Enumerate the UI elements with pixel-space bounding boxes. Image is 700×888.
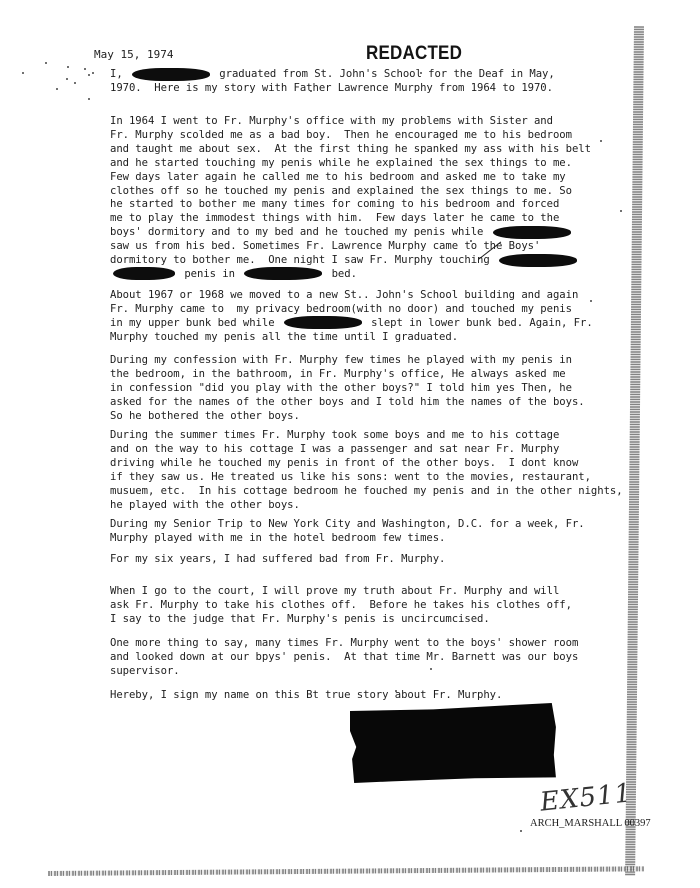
scanned-document-page: May 15, 1974 REDACTED I, graduated from … bbox=[0, 0, 700, 888]
scan-edge-right bbox=[625, 26, 644, 876]
document-line: Hereby, I sign my name on this Bt true s… bbox=[110, 688, 502, 702]
document-line: penis in bed. bbox=[110, 267, 357, 281]
document-line: boys' dormitory and to my bed and he tou… bbox=[110, 225, 574, 239]
document-line: he started to bother me many times for c… bbox=[110, 197, 559, 211]
document-line: About 1967 or 1968 we moved to a new St.… bbox=[110, 288, 578, 302]
scan-speck bbox=[470, 240, 472, 242]
scan-speck bbox=[88, 98, 90, 100]
scan-speck bbox=[84, 68, 86, 70]
document-line: saw us from his bed. Sometimes Fr. Lawre… bbox=[110, 239, 540, 253]
scan-speck bbox=[56, 88, 58, 90]
document-line: 1970. Here is my story with Father Lawre… bbox=[110, 81, 553, 95]
document-line: I say to the judge that Fr. Murphy's pen… bbox=[110, 612, 490, 626]
document-line: me to play the immodest things with him.… bbox=[110, 211, 559, 225]
document-line: One more thing to say, many times Fr. Mu… bbox=[110, 636, 578, 650]
scan-speck bbox=[92, 72, 94, 74]
document-line: supervisor. bbox=[110, 664, 180, 678]
scan-speck bbox=[66, 78, 68, 80]
scan-speck bbox=[430, 668, 432, 670]
exhibit-mark: EX511 bbox=[539, 778, 634, 817]
scan-speck bbox=[620, 210, 622, 212]
scan-speck bbox=[310, 90, 312, 92]
document-line: During my confession with Fr. Murphy few… bbox=[110, 353, 572, 367]
document-line: if they saw us. He treated us like his s… bbox=[110, 470, 591, 484]
document-line: and on the way to his cottage I was a pa… bbox=[110, 442, 559, 456]
scan-speck bbox=[520, 830, 522, 832]
document-line: So he bothered the other boys. bbox=[110, 409, 300, 423]
redaction-block bbox=[244, 267, 322, 280]
document-line: and taught me about sex. At the first th… bbox=[110, 142, 591, 156]
document-line: During the summer times Fr. Murphy took … bbox=[110, 428, 559, 442]
scan-speck bbox=[590, 300, 592, 302]
scan-speck bbox=[395, 690, 397, 692]
redaction-block bbox=[113, 267, 175, 280]
document-line: ask Fr. Murphy to take his clothes off. … bbox=[110, 598, 572, 612]
signature-redaction bbox=[350, 703, 558, 783]
scan-speck bbox=[45, 62, 47, 64]
document-line: the bedroom, in the bathroom, in Fr. Mur… bbox=[110, 367, 566, 381]
document-line: Murphy played with me in the hotel bedro… bbox=[110, 531, 445, 545]
document-line: clothes off so he touched my penis and e… bbox=[110, 184, 572, 198]
document-line: I, graduated from St. John's School for … bbox=[110, 67, 555, 81]
redaction-block bbox=[493, 226, 571, 239]
document-line: In 1964 I went to Fr. Murphy's office wi… bbox=[110, 114, 553, 128]
scan-speck bbox=[600, 140, 602, 142]
document-line: Murphy touched my penis all the time unt… bbox=[110, 330, 458, 344]
document-line: asked for the names of the other boys an… bbox=[110, 395, 585, 409]
scan-speck bbox=[67, 66, 69, 68]
document-line: in my upper bunk bed while slept in lowe… bbox=[110, 316, 593, 330]
document-line: When I go to the court, I will prove my … bbox=[110, 584, 559, 598]
document-line: Fr. Murphy scolded me as a bad boy. Then… bbox=[110, 128, 572, 142]
scan-speck bbox=[420, 72, 422, 74]
document-line: For my six years, I had suffered bad fro… bbox=[110, 552, 445, 566]
document-line: he played with the other boys. bbox=[110, 498, 300, 512]
redaction-block bbox=[499, 254, 577, 267]
document-line: dormitory to bother me. One night I saw … bbox=[110, 253, 580, 267]
document-line: driving while he touched my penis in fro… bbox=[110, 456, 578, 470]
document-date: May 15, 1974 bbox=[94, 48, 173, 61]
document-line: in confession "did you play with the oth… bbox=[110, 381, 572, 395]
document-line: Few days later again he called me to his… bbox=[110, 170, 566, 184]
document-line: During my Senior Trip to New York City a… bbox=[110, 517, 585, 531]
document-line: musuem, etc. In his cottage bedroom he f… bbox=[110, 484, 623, 498]
document-line: and looked down at our bpys' penis. At t… bbox=[110, 650, 578, 664]
document-line: and he started touching my penis while h… bbox=[110, 156, 572, 170]
redacted-stamp: REDACTED bbox=[366, 42, 462, 65]
bates-number: ARCH_MARSHALL 00397 bbox=[530, 818, 651, 829]
scan-speck bbox=[22, 72, 24, 74]
redaction-block bbox=[284, 316, 362, 329]
scan-speck bbox=[88, 74, 90, 76]
scan-edge-bottom bbox=[48, 866, 644, 876]
scan-speck bbox=[74, 82, 76, 84]
document-line: Fr. Murphy came to my privacy bedroom(wi… bbox=[110, 302, 572, 316]
redaction-block bbox=[132, 68, 210, 81]
